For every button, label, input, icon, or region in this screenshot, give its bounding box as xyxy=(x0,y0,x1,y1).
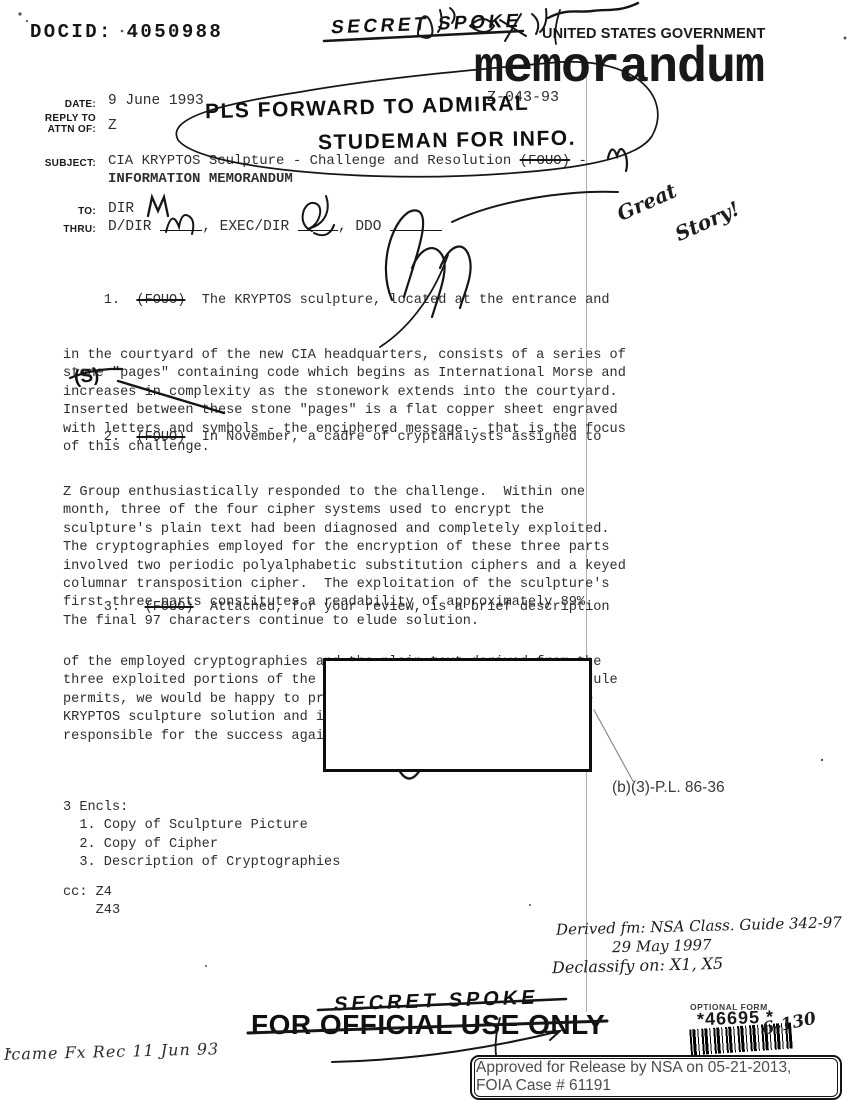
p3-number: 3. xyxy=(63,600,145,615)
release-line2: FOIA Case # 61191 xyxy=(476,1077,835,1095)
p3-fouo-struck: (FOUO) xyxy=(145,600,194,615)
replyto-value: Z xyxy=(108,118,117,134)
received-scribble: Icame Fx Rec 11 Jun 93 xyxy=(4,1039,220,1064)
great-story-note: Great Story! xyxy=(614,160,743,263)
paragraph-3-first-line: 3. (FOUO) Attached, for your review, is … xyxy=(63,599,618,617)
enclosures-list: 3 Encls: 1. Copy of Sculpture Picture 2.… xyxy=(63,799,340,873)
execdir-signature-line xyxy=(298,219,338,231)
p2-number: 2. xyxy=(63,430,136,445)
subject-fouo-struck: (FOUO) xyxy=(520,153,570,169)
docid-line: DOCID: 4050988 xyxy=(30,21,223,43)
derived-from-note-line2: 29 May 1997 xyxy=(612,936,712,957)
p2-fouo-struck: (FOUO) xyxy=(136,430,185,445)
great-story-line1: Great xyxy=(613,178,680,225)
forward-note-line1: PLS FORWARD TO ADMIRAL xyxy=(205,92,530,124)
thru-execdir: , EXEC/DIR xyxy=(202,219,298,235)
derived-from-note-line1: Derived fm: NSA Class. Guide 342-97 xyxy=(556,913,842,938)
redaction-exemption-label: (b)(3)-P.L. 86-36 xyxy=(612,779,725,797)
paragraph-1-first-line: 1. (FOUO) The KRYPTOS sculpture, located… xyxy=(63,292,626,310)
p1-fouo-struck: (FOUO) xyxy=(136,293,185,308)
ddo-signature-line xyxy=(390,219,442,231)
date-value: 9 June 1993 xyxy=(108,93,204,109)
memorandum-scan-page: DOCID: 4050988 SECRET SPOKE UNITED STATE… xyxy=(0,0,851,1100)
ddir-signature-line xyxy=(160,219,202,231)
subject-value: CIA KRYPTOS Sculpture - Challenge and Re… xyxy=(108,153,587,169)
p1-number: 1. xyxy=(63,293,136,308)
forward-note-line2: STUDEMAN FOR INFO. xyxy=(318,127,576,155)
release-approval-text: Approved for Release by NSA on 05-21-201… xyxy=(474,1058,838,1097)
fouo-banner: FOR OFFICIAL USE ONLY xyxy=(251,1009,605,1041)
thru-line: D/DIR , EXEC/DIR , DDO xyxy=(108,219,442,235)
to-value: DIR xyxy=(108,201,134,217)
docid-number: 4050988 xyxy=(127,21,224,43)
great-story-line2: Story! xyxy=(671,196,743,246)
date-label: DATE: xyxy=(30,99,96,110)
top-right-scribble xyxy=(548,3,638,18)
thru-label: THRU: xyxy=(30,224,96,235)
top-classification-stamp: SECRET SPOKE xyxy=(330,11,524,40)
subject-dash: - xyxy=(570,153,587,169)
paragraph-2-first-line: 2. (FOUO) In November, a cadre of crypta… xyxy=(63,429,626,447)
declassify-note: Declassify on: X1, X5 xyxy=(552,954,724,977)
subject-line2: INFORMATION MEMORANDUM xyxy=(108,171,293,187)
ddo-signature-sweep xyxy=(452,192,618,222)
subject-main: CIA KRYPTOS Sculpture - Challenge and Re… xyxy=(108,153,520,169)
thru-ddir: D/DIR xyxy=(108,219,160,235)
release-line1: Approved for Release by NSA on 05-21-201… xyxy=(476,1059,835,1077)
cc-list: cc: Z4 Z43 xyxy=(63,884,120,921)
replyto-label-2: ATTN OF: xyxy=(30,124,96,135)
dir-initial-mark xyxy=(148,197,168,216)
p3-first-text: Attached, for your review, is a brief de… xyxy=(194,600,610,615)
forward-note-initial xyxy=(608,149,627,171)
to-label: TO: xyxy=(30,206,96,217)
docid-label: DOCID: xyxy=(30,21,113,43)
thru-ddo: , DDO xyxy=(338,219,390,235)
p1-first-text: The KRYPTOS sculpture, located at the en… xyxy=(185,293,609,308)
subject-label: SUBJECT: xyxy=(30,158,96,169)
replyto-label-1: REPLY TO xyxy=(30,113,96,124)
release-approval-box: Approved for Release by NSA on 05-21-201… xyxy=(470,1055,842,1100)
p2-first-text: In November, a cadre of cryptanalysts as… xyxy=(185,430,601,445)
redaction-box xyxy=(323,658,592,772)
